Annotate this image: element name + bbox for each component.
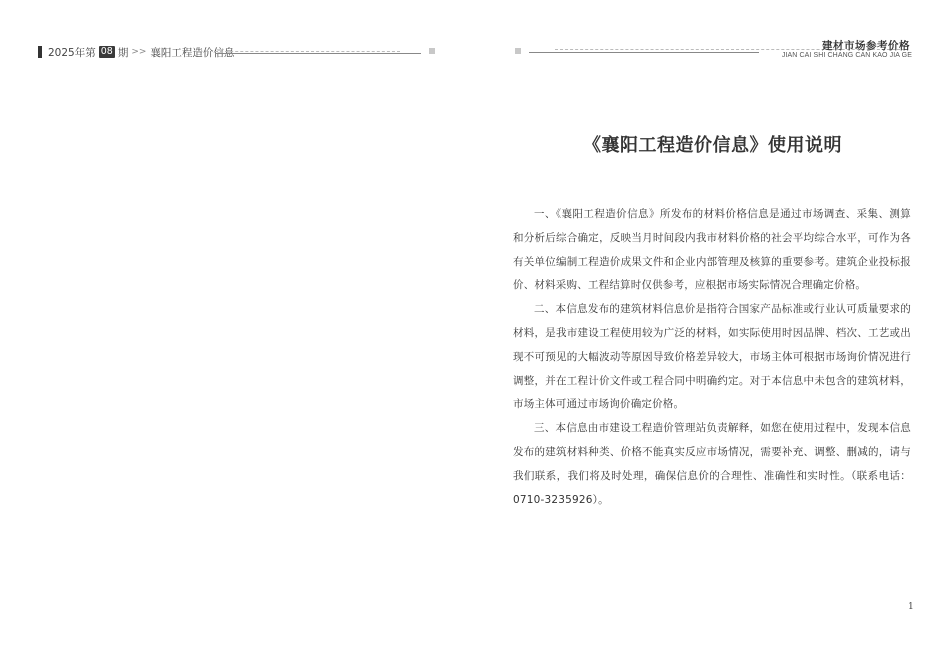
left-page: 2025年第 08 期 >> 襄阳工程造价信息 [0,0,475,645]
section-pinyin-subtitle: JIAN CAI SHI CHANG CAN KAO JIA GE [782,52,912,59]
issue-number-badge: 08 [99,46,115,58]
page-number: 1 [908,602,914,612]
header-square-mark [429,48,435,54]
document-title: 《襄阳工程造价信息》使用说明 [475,131,950,157]
right-page: 建材市场参考价格 JIAN CAI SHI CHANG CAN KAO JIA … [475,0,950,645]
left-running-header: 2025年第 08 期 >> 襄阳工程造价信息 [38,45,234,59]
header-bar-mark [38,46,42,58]
section-title: 建材市场参考价格 [822,38,910,53]
document-body: 一、《襄阳工程造价信息》所发布的材料价格信息是通过市场调查、采集、测算和分析后综… [513,203,911,512]
paragraph-3: 三、本信息由市建设工程造价管理站负责解释，如您在使用过程中，发现本信息发布的建筑… [513,417,911,512]
paragraph-2: 二、本信息发布的建筑材料信息价是指符合国家产品标准或行业认可质量要求的材料，是我… [513,298,911,417]
double-chevron-right-icon: >> [131,47,146,57]
header-square-mark [515,48,521,54]
left-header-rule [215,51,421,54]
paragraph-1: 一、《襄阳工程造价信息》所发布的材料价格信息是通过市场调查、采集、测算和分析后综… [513,203,911,298]
issue-year-label: 2025年第 [48,45,96,60]
issue-suffix-label: 期 [118,45,129,60]
